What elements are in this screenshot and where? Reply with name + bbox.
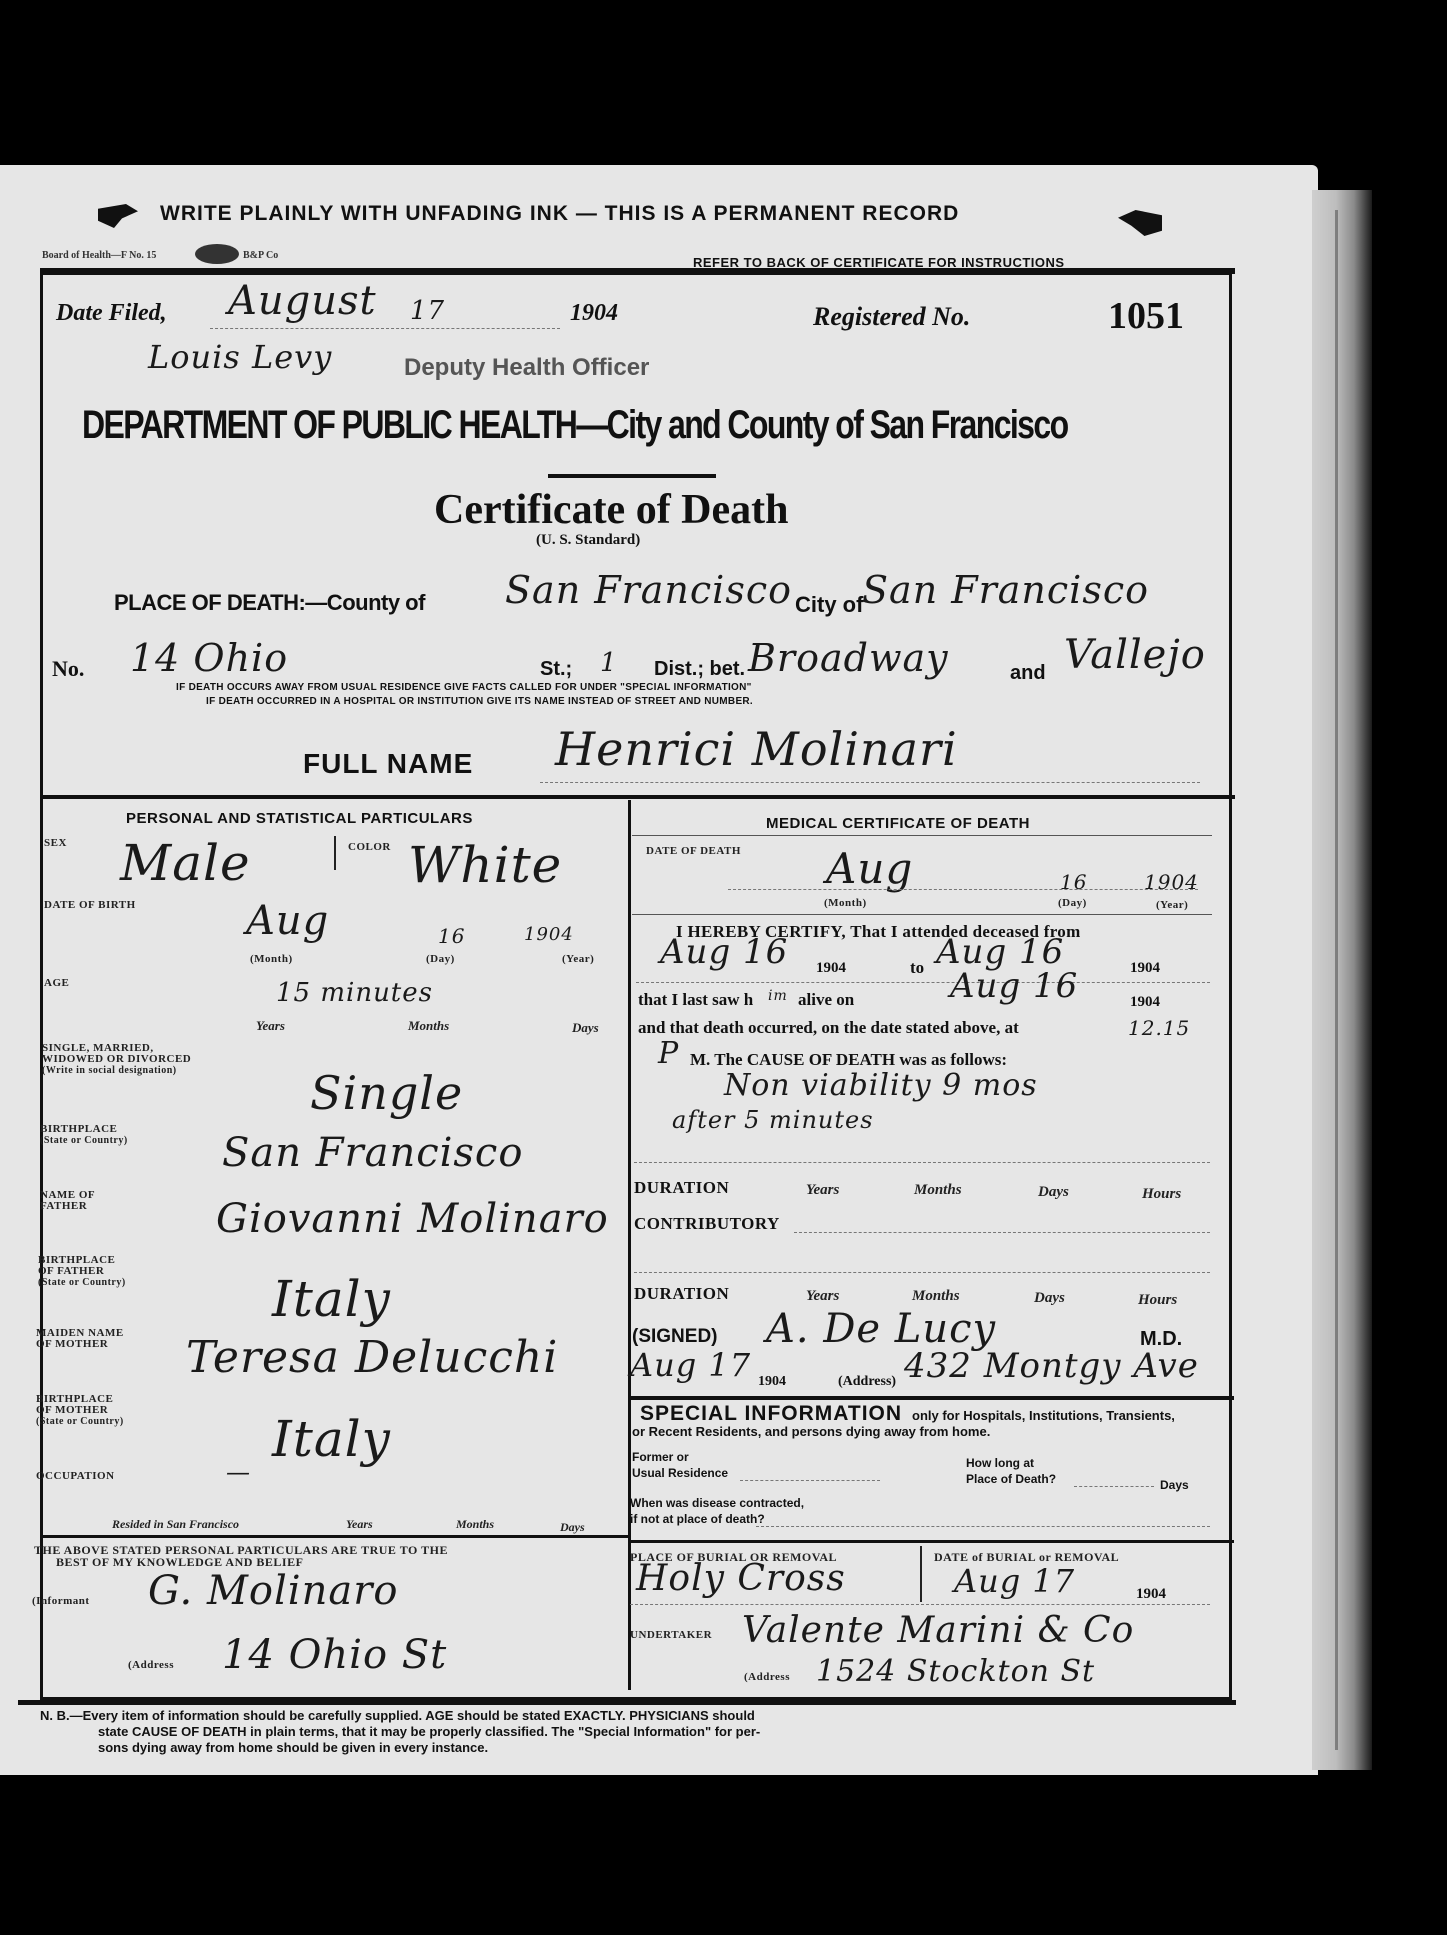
birthplace-label-1: BIRTHPLACE: [40, 1124, 117, 1135]
dob-day: 16: [438, 924, 465, 948]
dob-day-caption: (Day): [426, 954, 455, 965]
date-filed-month: August: [228, 278, 377, 324]
informant-address-label: (Address: [128, 1660, 174, 1671]
burial-year: 1904: [1136, 1586, 1166, 1603]
signed-date: Aug 17: [630, 1346, 751, 1384]
resided-years-caption: Years: [346, 1517, 373, 1532]
dod-month: Aug: [826, 844, 913, 893]
dist-label: Dist.; bet.: [654, 658, 745, 681]
undertaker-name: Valente Marini & Co: [742, 1610, 1134, 1651]
age-years-caption: Years: [256, 1018, 285, 1034]
place-note-line-1: IF DEATH OCCURS AWAY FROM USUAL RESIDENC…: [176, 682, 752, 693]
last-saw-year: 1904: [1130, 994, 1160, 1011]
father-label-2: FATHER: [40, 1201, 87, 1212]
alive-on-text: alive on: [798, 990, 854, 1010]
certificate-title: Certificate of Death: [434, 486, 789, 534]
book-spine: [1312, 190, 1372, 1770]
age-months-caption: Months: [408, 1018, 449, 1034]
burial-date: Aug 17: [954, 1562, 1075, 1600]
officer-signature: Louis Levy: [148, 338, 332, 376]
dob-month-caption: (Month): [250, 954, 293, 965]
mother-bp-value: Italy: [272, 1410, 391, 1468]
sex-label: SEX: [44, 838, 67, 849]
father-value: Giovanni Molinaro: [216, 1196, 609, 1242]
age-label: AGE: [44, 978, 69, 989]
burial-line: [630, 1604, 1210, 1605]
header-banner: WRITE PLAINLY WITH UNFADING INK — THIS I…: [160, 202, 959, 226]
physician-address: 432 Montgy Ave: [904, 1346, 1199, 1386]
dob-year: 1904: [524, 924, 574, 945]
color-label: COLOR: [348, 842, 391, 853]
undertaker-address: 1524 Stockton St: [816, 1654, 1095, 1689]
last-saw-pronoun: im: [768, 988, 788, 1004]
street-no-label: No.: [52, 656, 84, 682]
signed-label: (SIGNED): [632, 1326, 718, 1348]
how-long-field: [1074, 1486, 1154, 1487]
cause-line: [634, 1162, 1210, 1163]
place-note-line-2: IF DEATH OCCURRED IN A HOSPITAL OR INSTI…: [206, 696, 753, 707]
attended-from-year: 1904: [816, 960, 846, 977]
duration-label-2: DURATION: [634, 1284, 729, 1304]
father-bp-label-3: (State or Country): [38, 1277, 126, 1288]
sex-value: Male: [120, 834, 251, 892]
cause-line-2: after 5 minutes: [672, 1106, 874, 1134]
medical-heading: MEDICAL CERTIFICATE OF DEATH: [766, 815, 1030, 832]
dod-day-caption: (Day): [1058, 898, 1087, 909]
footnote-line-3: sons dying away from home should be give…: [98, 1740, 488, 1755]
duration-hours-1: Hours: [1142, 1186, 1181, 1203]
birthplace-value: San Francisco: [222, 1130, 523, 1176]
how-long-label-2: Place of Death?: [966, 1472, 1056, 1486]
former-residence-label-1: Former or: [632, 1450, 689, 1464]
marital-value: Single: [310, 1066, 463, 1120]
sex-color-divider: [334, 836, 336, 870]
contributory-line-2: [634, 1272, 1210, 1273]
contributory-line: [794, 1232, 1210, 1233]
informant-label: (Informant: [32, 1596, 90, 1607]
date-filed-year: 1904: [570, 300, 618, 327]
place-of-death-label: PLACE OF DEATH:—County of: [114, 590, 425, 616]
between-street-2: Vallejo: [1064, 632, 1206, 678]
occupation-label: OCCUPATION: [36, 1471, 115, 1482]
physician-address-label: (Address): [838, 1374, 896, 1390]
resided-months-caption: Months: [456, 1517, 494, 1532]
department-title: DEPARTMENT OF PUBLIC HEALTH—City and Cou…: [82, 403, 1068, 448]
full-name-line: [540, 782, 1200, 783]
undertaker-label: UNDERTAKER: [630, 1630, 712, 1641]
former-residence-label-2: Usual Residence: [632, 1466, 728, 1480]
duration-days-1: Days: [1038, 1184, 1069, 1201]
meridian: P: [658, 1036, 679, 1071]
former-residence-field: [740, 1480, 880, 1481]
footnote-rule: [18, 1700, 1236, 1705]
attended-to-year: 1904: [1130, 960, 1160, 977]
resided-label: Resided in San Francisco: [112, 1517, 239, 1532]
title-rule: [548, 474, 716, 478]
cause-text: M. The CAUSE OF DEATH was as follows:: [690, 1050, 1007, 1070]
dod-day: 16: [1060, 870, 1087, 894]
officer-title: Deputy Health Officer: [404, 354, 649, 382]
personal-heading: PERSONAL AND STATISTICAL PARTICULARS: [126, 810, 473, 827]
duration-label-1: DURATION: [634, 1178, 729, 1198]
st-label: St.;: [540, 658, 572, 681]
footnote-line-1: N. B.—Every item of information should b…: [40, 1708, 755, 1723]
informant-divider: [40, 1535, 630, 1538]
registered-label: Registered No.: [813, 302, 970, 332]
informant-name: G. Molinaro: [148, 1568, 398, 1614]
mother-value: Teresa Delucchi: [186, 1332, 558, 1383]
cause-line-1: Non viability 9 mos: [724, 1068, 1038, 1103]
duration-months-2: Months: [912, 1288, 960, 1305]
top-rule: [40, 268, 1235, 274]
informant-statement-2: BEST OF MY KNOWLEDGE AND BELIEF: [56, 1557, 303, 1568]
date-filed-day: 17: [410, 296, 445, 326]
how-long-days-label: Days: [1160, 1478, 1189, 1492]
father-bp-value: Italy: [272, 1270, 391, 1328]
county-value: San Francisco: [505, 568, 792, 612]
contracted-label-1: When was disease contracted,: [630, 1496, 804, 1510]
footnote-line-2: state CAUSE OF DEATH in plain terms, tha…: [98, 1724, 760, 1739]
dod-month-caption: (Month): [824, 898, 867, 909]
last-saw-date: Aug 16: [950, 966, 1078, 1006]
occupation-value: —: [226, 1458, 251, 1486]
union-label-seal-icon: [195, 244, 239, 264]
city-label: City of: [795, 592, 863, 618]
dod-label: DATE OF DEATH: [646, 846, 741, 857]
mother-bp-label-2: OF MOTHER: [36, 1405, 108, 1416]
how-long-label-1: How long at: [966, 1456, 1034, 1470]
duration-months-1: Months: [914, 1182, 962, 1199]
resided-days-caption: Days: [560, 1520, 585, 1535]
full-name-label: FULL NAME: [303, 748, 473, 780]
mother-label-2: OF MOTHER: [36, 1339, 108, 1350]
burial-column-divider: [920, 1546, 922, 1602]
dod-rule: [632, 914, 1212, 915]
and-label: and: [1010, 662, 1046, 685]
attended-from: Aug 16: [660, 932, 788, 972]
special-divider: [630, 1396, 1234, 1400]
dob-label: DATE OF BIRTH: [44, 900, 136, 911]
signed-year: 1904: [758, 1374, 786, 1390]
color-value: White: [408, 836, 562, 894]
ward-value: 1: [600, 648, 618, 678]
contracted-field: [756, 1526, 1210, 1527]
duration-years-2: Years: [806, 1288, 839, 1305]
contributory-label: CONTRIBUTORY: [634, 1214, 780, 1234]
duration-years-1: Years: [806, 1182, 839, 1199]
last-saw-text: that I last saw h: [638, 990, 753, 1010]
to-label: to: [910, 958, 924, 978]
death-time-text: and that death occurred, on the date sta…: [638, 1018, 1019, 1038]
dod-year-caption: (Year): [1156, 900, 1188, 911]
special-heading-sub: only for Hospitals, Institutions, Transi…: [912, 1408, 1175, 1423]
burial-place: Holy Cross: [636, 1558, 846, 1599]
burial-divider: [630, 1540, 1234, 1543]
city-value: San Francisco: [862, 568, 1149, 612]
age-value: 15 minutes: [276, 978, 433, 1008]
undertaker-address-label: (Address: [744, 1672, 790, 1683]
attended-line: [636, 982, 1210, 983]
registered-number: 1051: [1108, 294, 1184, 338]
special-heading: SPECIAL INFORMATION: [640, 1402, 902, 1426]
section-divider: [40, 795, 1235, 799]
marital-label-2: WIDOWED OR DIVORCED: [42, 1054, 191, 1065]
full-name-value: Henrici Molinari: [555, 722, 958, 776]
father-bp-label-2: OF FATHER: [38, 1266, 104, 1277]
birthplace-label-2: (State or Country): [40, 1135, 128, 1146]
duration-hours-2: Hours: [1138, 1292, 1177, 1309]
between-street-1: Broadway: [748, 636, 949, 680]
street-value: 14 Ohio: [130, 636, 288, 680]
age-days-caption: Days: [572, 1020, 599, 1036]
dod-line: [728, 889, 1198, 890]
duration-days-2: Days: [1034, 1290, 1065, 1307]
form-id: Board of Health—F No. 15: [42, 250, 156, 261]
death-time: 12.15: [1128, 1016, 1190, 1040]
dod-year: 1904: [1144, 870, 1199, 894]
contracted-label-2: if not at place of death?: [630, 1512, 765, 1526]
dob-year-caption: (Year): [562, 954, 594, 965]
printer-mark: B&P Co: [243, 250, 278, 261]
mother-bp-label-3: (State or Country): [36, 1416, 124, 1427]
dob-month: Aug: [246, 898, 329, 944]
marital-label-3: (Write in social designation): [42, 1065, 177, 1076]
us-standard: (U. S. Standard): [536, 532, 640, 549]
date-filed-line: [210, 328, 560, 329]
medical-heading-rule: [632, 835, 1212, 836]
spine-edge: [1335, 210, 1338, 1750]
special-heading-line-2: or Recent Residents, and persons dying a…: [632, 1424, 990, 1439]
informant-address: 14 Ohio St: [222, 1632, 447, 1678]
date-filed-label: Date Filed,: [56, 300, 167, 327]
